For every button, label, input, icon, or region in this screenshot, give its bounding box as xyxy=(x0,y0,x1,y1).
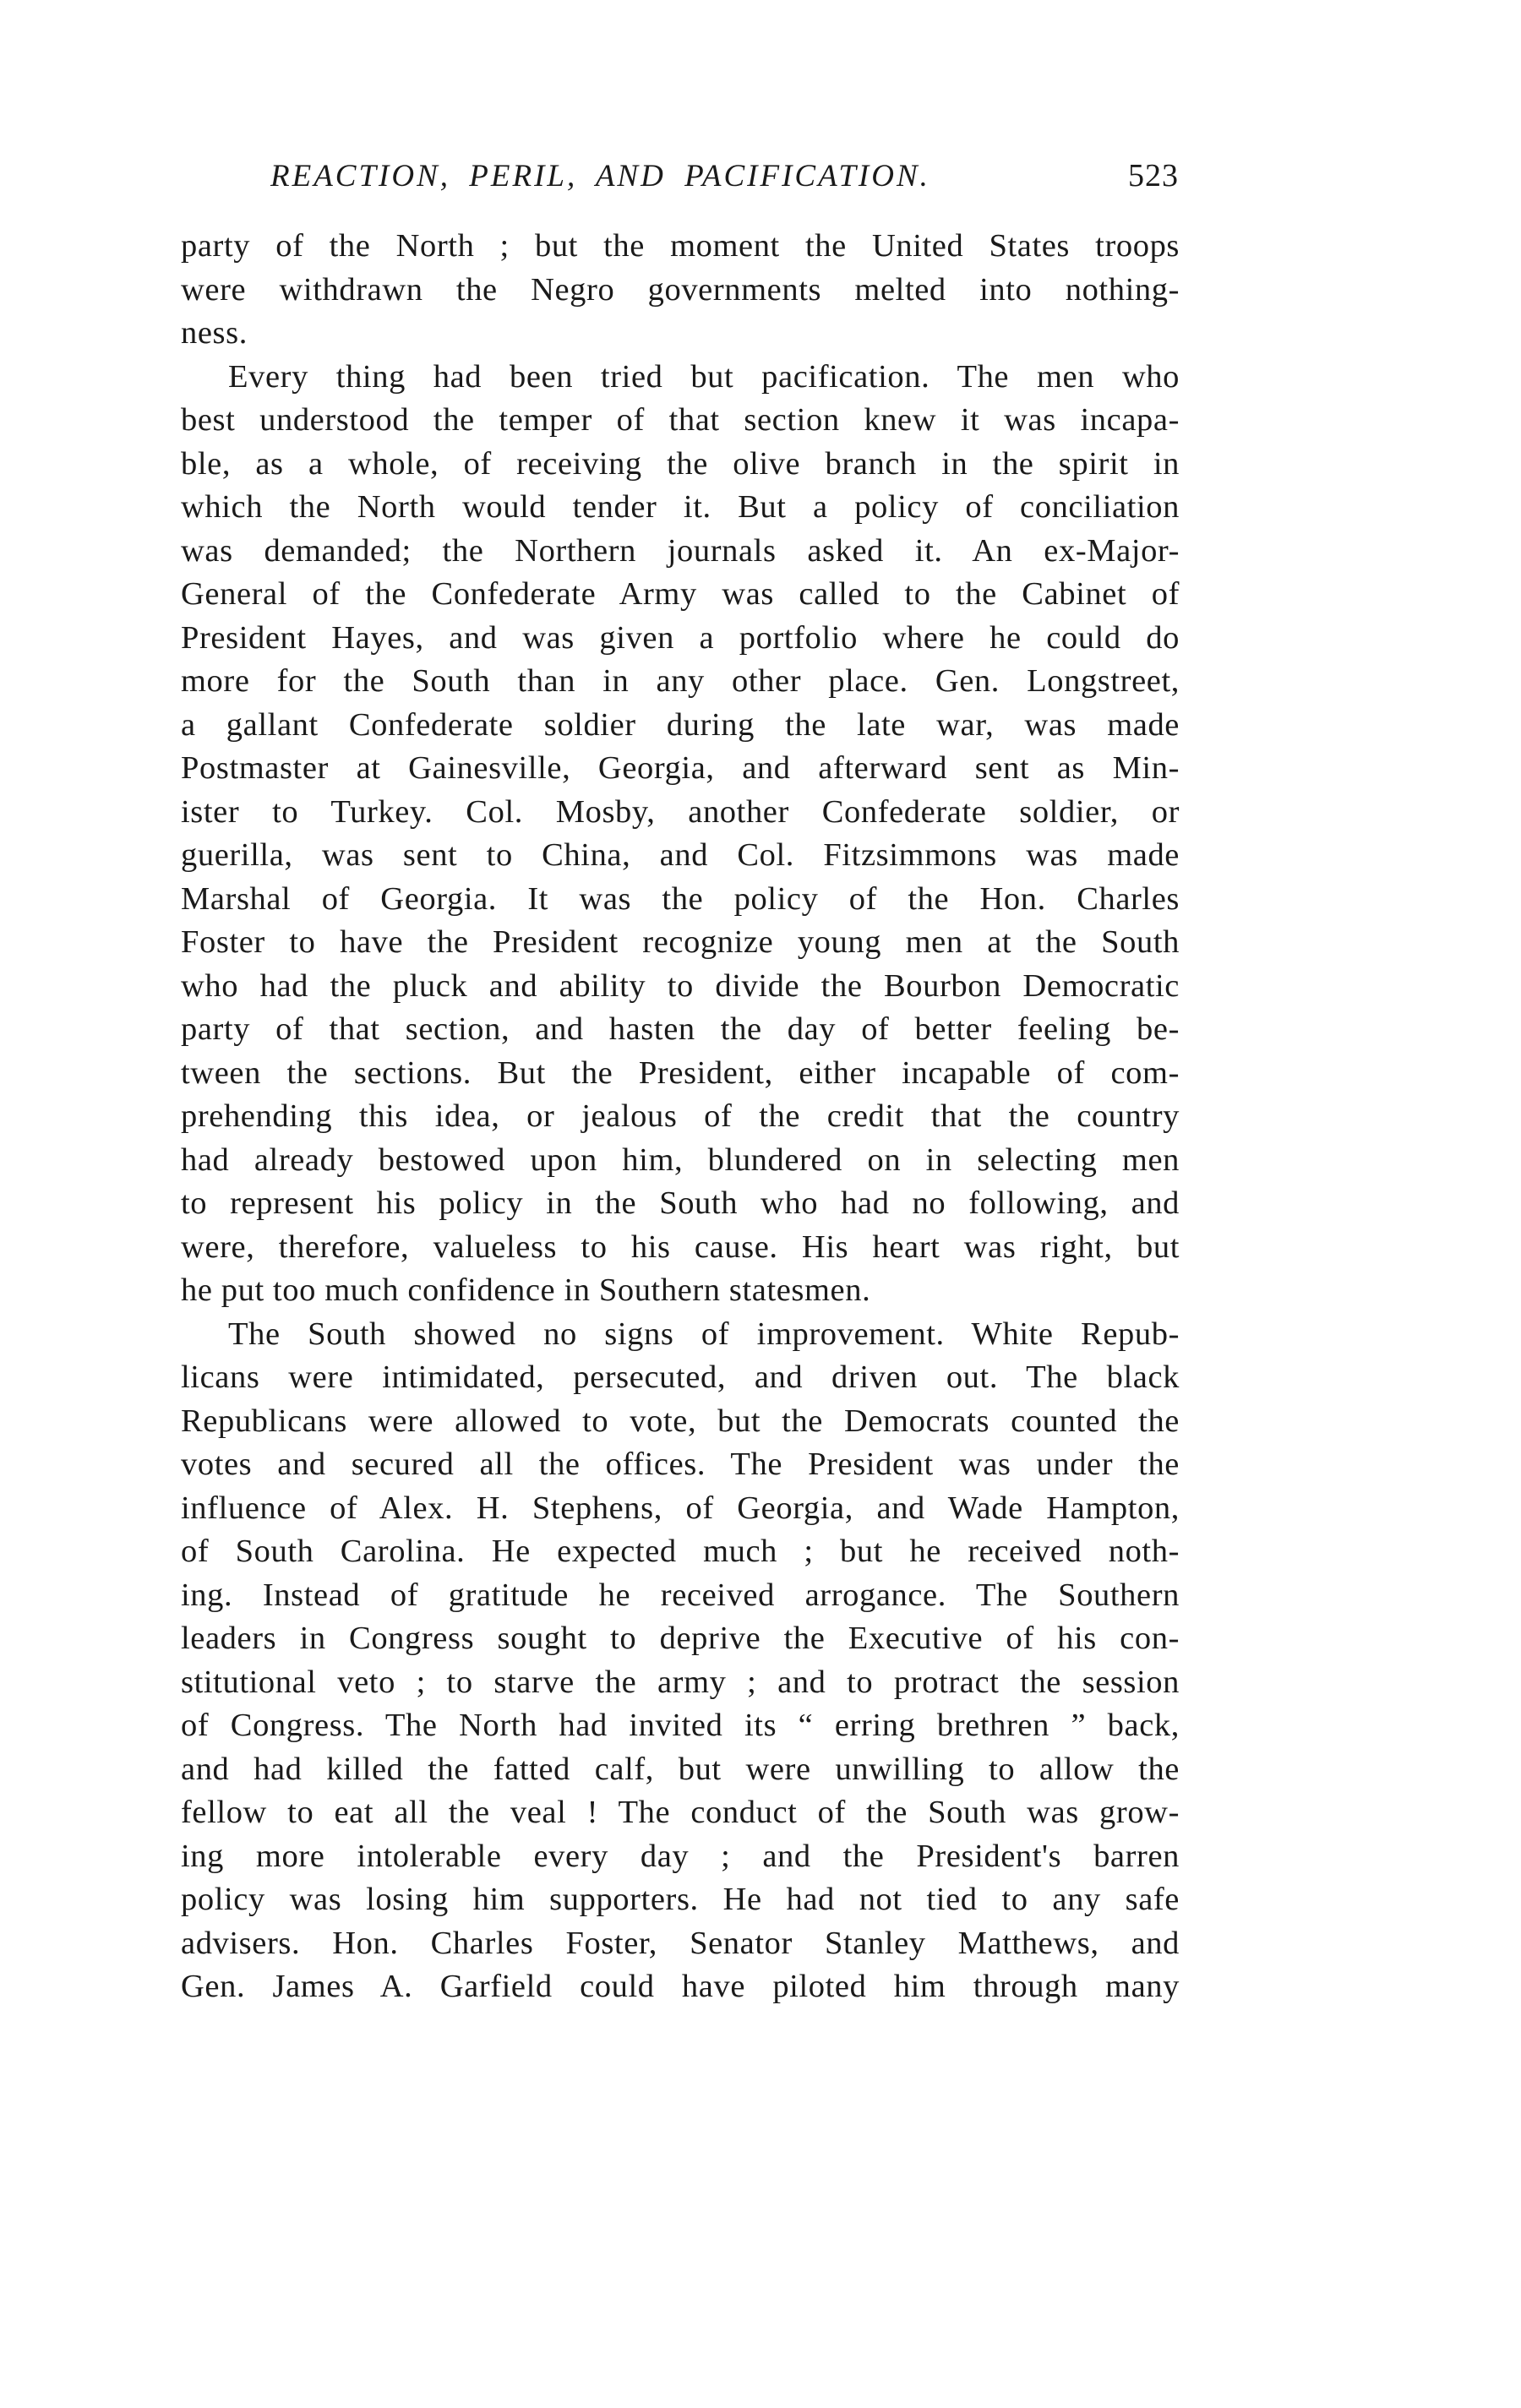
text-line: best understood the temper of that secti… xyxy=(181,399,1180,443)
text-line: to represent his policy in the South who… xyxy=(181,1182,1180,1226)
text-line: tween the sections. But the President, e… xyxy=(181,1052,1180,1096)
text-line: ister to Turkey. Col. Mosby, another Con… xyxy=(181,791,1180,835)
text-line: Gen. James A. Garfield could have pilote… xyxy=(181,1965,1180,2009)
text-line: votes and secured all the offices. The P… xyxy=(181,1443,1180,1487)
text-line: had already bestowed upon him, blundered… xyxy=(181,1139,1180,1183)
text-line: President Hayes, and was given a portfol… xyxy=(181,617,1180,661)
running-title: REACTION, PERIL, AND PACIFICATION. xyxy=(270,158,930,194)
text-line: advisers. Hon. Charles Foster, Senator S… xyxy=(181,1922,1180,1966)
text-line: party of the North ; but the moment the … xyxy=(181,225,1180,269)
running-header: REACTION, PERIL, AND PACIFICATION. 523 xyxy=(270,157,1179,204)
text-line: ing more intolerable every day ; and the… xyxy=(181,1835,1180,1879)
text-line: Marshal of Georgia. It was the policy of… xyxy=(181,878,1180,922)
text-line: and had killed the fatted calf, but were… xyxy=(181,1748,1180,1792)
paragraph-start-line: The South showed no signs of improvement… xyxy=(181,1313,1180,1357)
paragraph-start-line: Every thing had been tried but pacificat… xyxy=(181,356,1180,400)
text-line: licans were intimidated, persecuted, and… xyxy=(181,1356,1180,1400)
text-line: leaders in Congress sought to deprive th… xyxy=(181,1617,1180,1661)
text-line: guerilla, was sent to China, and Col. Fi… xyxy=(181,834,1180,878)
text-line: stitutional veto ; to starve the army ; … xyxy=(181,1661,1180,1705)
page-number: 523 xyxy=(1128,157,1179,194)
text-line: a gallant Confederate soldier during the… xyxy=(181,704,1180,748)
book-page: REACTION, PERIL, AND PACIFICATION. 523 p… xyxy=(0,0,1521,2408)
text-line: of South Carolina. He expected much ; bu… xyxy=(181,1530,1180,1574)
text-line: of Congress. The North had invited its “… xyxy=(181,1704,1180,1748)
paragraph-end-line: ness. xyxy=(181,312,1180,356)
body-text: party of the North ; but the moment the … xyxy=(181,225,1180,2009)
text-line: ble, as a whole, of receiving the olive … xyxy=(181,443,1180,487)
text-line: fellow to eat all the veal ! The conduct… xyxy=(181,1791,1180,1835)
text-line: policy was losing him supporters. He had… xyxy=(181,1878,1180,1922)
text-line: prehending this idea, or jealous of the … xyxy=(181,1095,1180,1139)
text-line: influence of Alex. H. Stephens, of Georg… xyxy=(181,1487,1180,1531)
paragraph-end-line: he put too much confidence in Southern s… xyxy=(181,1269,1180,1313)
text-line: General of the Confederate Army was call… xyxy=(181,573,1180,617)
text-line: ing. Instead of gratitude he received ar… xyxy=(181,1574,1180,1618)
text-line: was demanded; the Northern journals aske… xyxy=(181,530,1180,574)
text-line: Republicans were allowed to vote, but th… xyxy=(181,1400,1180,1444)
text-line: Postmaster at Gainesville, Georgia, and … xyxy=(181,747,1180,791)
text-line: party of that section, and hasten the da… xyxy=(181,1008,1180,1052)
text-line: Foster to have the President recognize y… xyxy=(181,921,1180,965)
text-line: were, therefore, valueless to his cause.… xyxy=(181,1226,1180,1270)
text-line: which the North would tender it. But a p… xyxy=(181,486,1180,530)
text-line: who had the pluck and ability to divide … xyxy=(181,965,1180,1009)
text-line: were withdrawn the Negro governments mel… xyxy=(181,269,1180,313)
text-line: more for the South than in any other pla… xyxy=(181,660,1180,704)
